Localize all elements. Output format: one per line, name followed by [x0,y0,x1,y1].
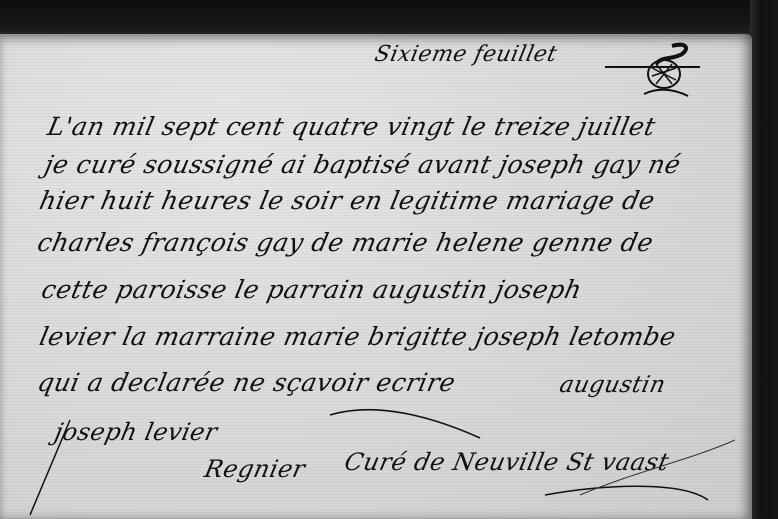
signature-regnier: Regnier [202,455,308,483]
folio-header: Sixieme feuillet [372,42,559,67]
signature-cure: Curé de Neuville St vaast [342,448,672,476]
signature-parrain: joseph levier [52,418,220,446]
ink-flourish-icon [642,42,692,102]
entry-line-7: qui a declarée ne sçavoir ecrire [35,368,458,397]
scan-border-right [750,0,778,519]
signature-parrain-given-name: augustin [557,372,668,398]
entry-line-4: charles françois gay de marie helene gen… [35,228,656,257]
entry-line-6: levier la marraine marie brigitte joseph… [37,322,679,351]
entry-line-5: cette paroisse le parrain augustin josep… [39,275,585,304]
entry-line-3: hier huit heures le soir en legitime mar… [37,186,658,215]
entry-line-2: je curé soussigné ai baptisé avant josep… [42,150,684,179]
entry-line-1: L'an mil sept cent quatre vingt le treiz… [45,112,658,141]
scan-border-top [0,0,778,36]
